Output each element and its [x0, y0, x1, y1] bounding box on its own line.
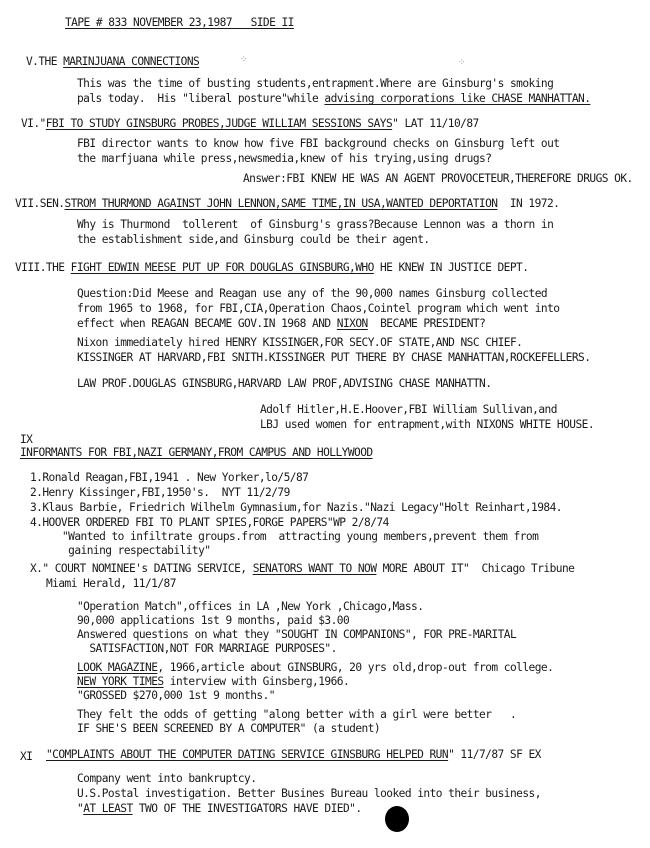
section-viii-heading: VIII.THE FIGHT EDWIN MEESE PUT UP FOR DO…: [15, 261, 528, 274]
informant-quote-2: gaining respectability": [62, 544, 210, 557]
section-x-line-3: Answered questions on what they "SOUGHT …: [77, 628, 516, 641]
section-x-grossed: "GROSSED $270,000 1st 9 months.": [77, 689, 275, 702]
section-ix-heading: INFORMANTS FOR FBI,NAZI GERMANY,FROM CAM…: [20, 446, 373, 459]
section-v-heading: V.THE MARINJUANA CONNECTIONS: [26, 55, 199, 68]
section-x-line-2: 90,000 applications 1st 9 months, paid $…: [77, 614, 349, 627]
section-xi-line-3: "AT LEAST TWO OF THE INVESTIGATORS HAVE …: [77, 802, 362, 815]
section-viii-hitler-1: Adolf Hitler,H.E.Hoover,FBI William Sull…: [260, 403, 557, 416]
section-x-nyt: NEW YORK TIMES interview with Ginsberg,1…: [77, 675, 349, 688]
section-vi-answer: Answer:FBI KNEW HE WAS AN AGENT PROVOCET…: [243, 172, 633, 185]
section-viii-kissinger-2: KISSINGER AT HARVARD,FBI SNITH.KISSINGER…: [77, 351, 590, 364]
scan-speck: ⁘: [240, 55, 248, 65]
section-x-line-1: "Operation Match",offices in LA ,New Yor…: [77, 600, 423, 613]
tape-header-title: TAPE # 833 NOVEMBER 23,1987 SIDE II: [65, 16, 294, 29]
informant-item-3: 3.Klaus Barbie, Friedrich Wilhelm Gymnas…: [30, 501, 562, 514]
section-vii-heading: VII.SEN.STROM THURMOND AGAINST JOHN LENN…: [15, 197, 559, 210]
section-xi-numeral: XI: [20, 750, 32, 763]
scan-speck: ⁘: [458, 58, 466, 68]
section-viii-hitler-2: LBJ used women for entrapment,with NIXON…: [260, 418, 594, 431]
section-x-line-4: SATISFACTION,NOT FOR MARRIAGE PURPOSES".: [77, 642, 337, 655]
section-viii-question-2: from 1965 to 1968, for FBI,CIA,Operation…: [77, 302, 559, 315]
section-vi-heading: VI."FBI TO STUDY GINSBURG PROBES,JUDGE W…: [21, 117, 479, 130]
section-x-heading: X." COURT NOMINEE's DATING SERVICE, SENA…: [30, 562, 574, 575]
section-x-odds-1: They felt the odds of getting "along bet…: [77, 708, 516, 721]
section-xi-heading: "COMPLAINTS ABOUT THE COMPUTER DATING SE…: [46, 748, 541, 761]
informant-quote-1: "Wanted to infiltrate groups.from attrac…: [62, 530, 538, 543]
section-viii-question-3: effect when REAGAN BECAME GOV.IN 1968 AN…: [77, 317, 485, 330]
section-xi-line-1: Company went into bankruptcy.: [77, 772, 256, 785]
section-vi-line-1: FBI director wants to know how five FBI …: [77, 137, 559, 150]
hole-punch-mark: [385, 806, 409, 832]
informant-item-4: 4.HOOVER ORDERED FBI TO PLANT SPIES,FORG…: [30, 516, 389, 529]
section-x-look-magazine: LOOK MAGAZINE, 1966,article about GINSBU…: [77, 661, 553, 674]
informant-item-2: 2.Henry Kissinger,FBI,1950's. NYT 11/2/7…: [30, 486, 290, 499]
section-viii-law-prof: LAW PROF.DOUGLAS GINSBURG,HARVARD LAW PR…: [77, 377, 491, 390]
section-vii-line-2: the establishment side,and Ginsburg coul…: [77, 233, 430, 246]
informant-item-1: 1.Ronald Reagan,FBI,1941 . New Yorker,lo…: [30, 471, 308, 484]
section-v-line-2: pals today. His "liberal posture"while a…: [77, 92, 590, 105]
section-vii-line-1: Why is Thurmond tollerent of Ginsburg's …: [77, 218, 553, 231]
section-viii-kissinger-1: Nixon immediately hired HENRY KISSINGER,…: [77, 336, 522, 349]
section-xi-line-2: U.S.Postal investigation. Better Busines…: [77, 787, 541, 800]
section-ix-numeral: IX: [20, 433, 32, 446]
section-v-line-1: This was the time of busting students,en…: [77, 77, 553, 90]
section-x-source: Miami Herald, 11/1/87: [46, 577, 176, 590]
section-x-odds-2: IF SHE'S BEEN SCREENED BY A COMPUTER" (a…: [77, 722, 380, 735]
section-vi-line-2: the marfjuana while press,newsmedia,knew…: [77, 152, 491, 165]
section-viii-question-1: Question:Did Meese and Reagan use any of…: [77, 287, 547, 300]
